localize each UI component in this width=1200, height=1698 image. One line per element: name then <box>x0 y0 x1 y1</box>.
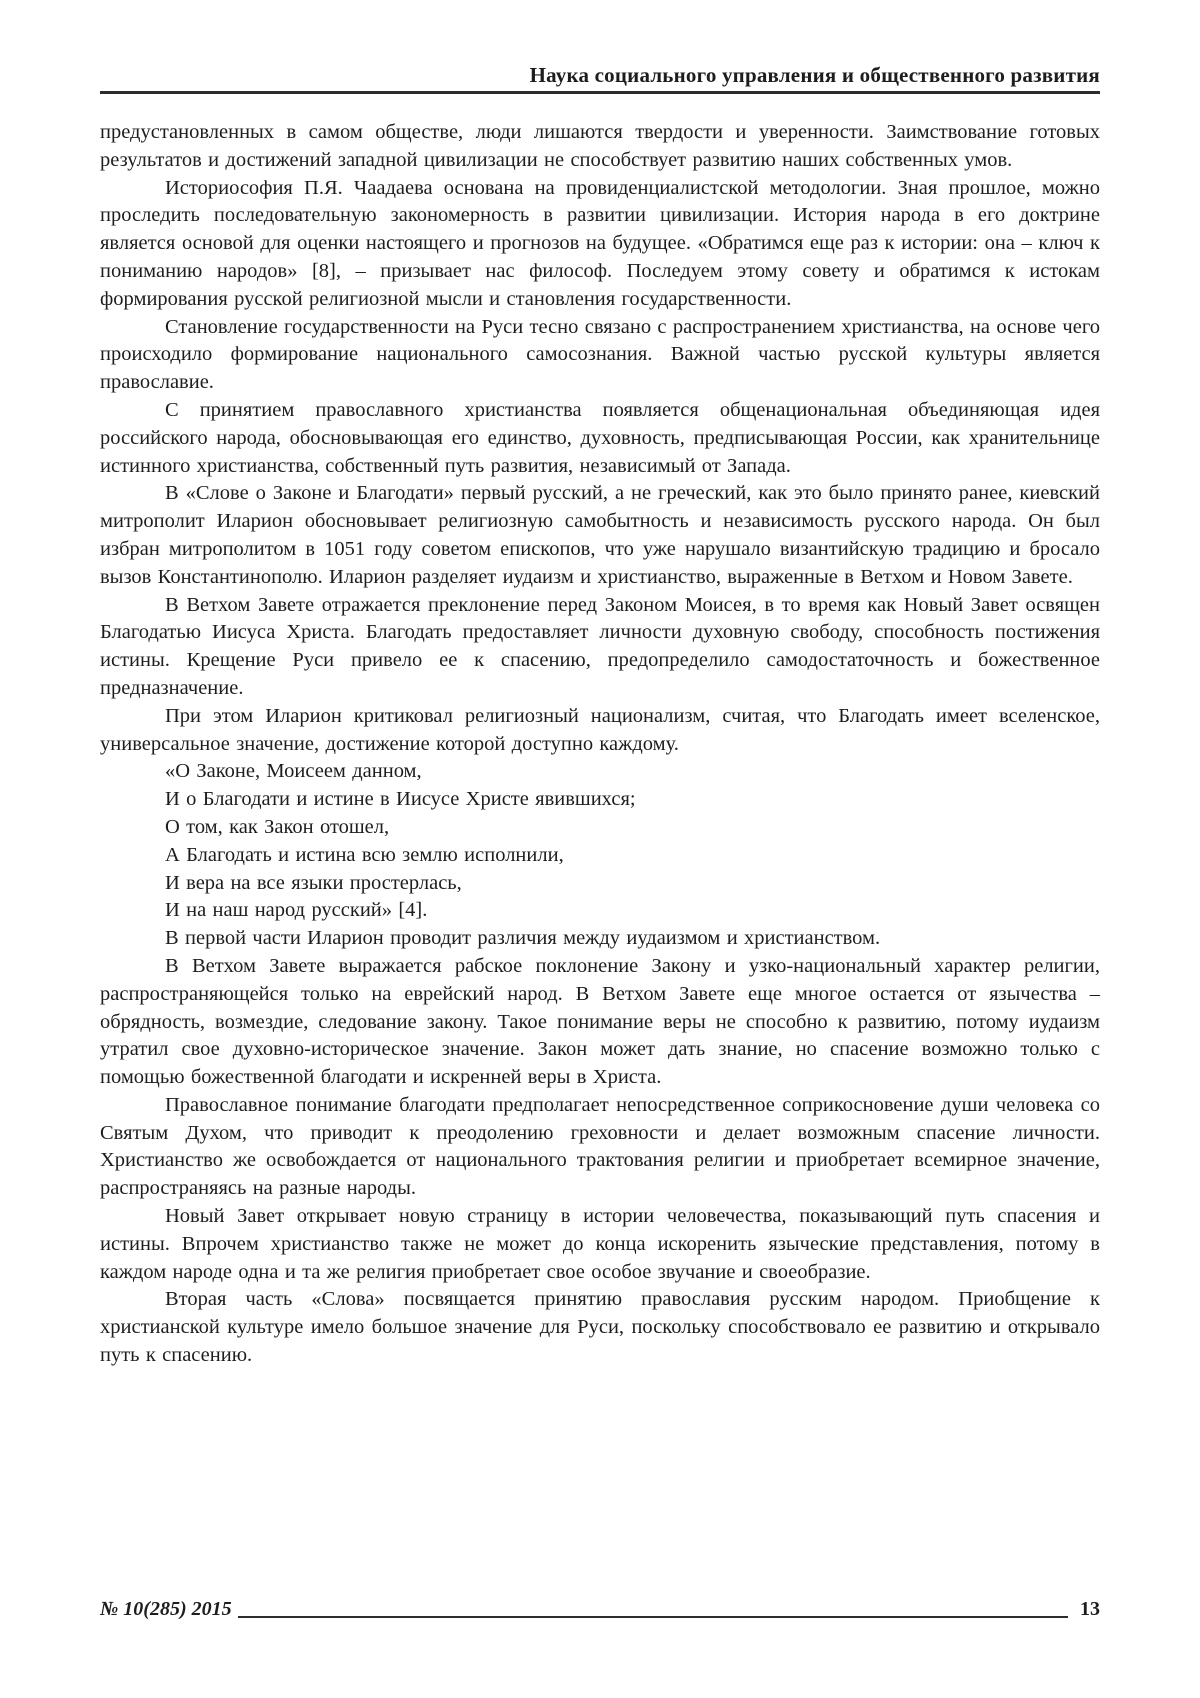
page-footer: № 10(285) 2015 13 <box>100 1596 1100 1622</box>
paragraph: В «Слове о Законе и Благодати» первый ру… <box>100 480 1100 591</box>
paragraph: Историософия П.Я. Чаадаева основана на п… <box>100 175 1100 314</box>
verse-line: И на наш народ русский» [4]. <box>100 897 1100 925</box>
verse-line: О том, как Закон отошел, <box>100 814 1100 842</box>
document-page: Наука социального управления и обществен… <box>0 0 1200 1698</box>
verse-line: «О Законе, Моисеем данном, <box>100 758 1100 786</box>
page-number: 13 <box>1080 1596 1100 1622</box>
paragraph: С принятием православного христианства п… <box>100 397 1100 480</box>
page-body: предустановленных в самом обществе, люди… <box>100 119 1100 1370</box>
issue-label: № 10(285) 2015 <box>100 1596 232 1622</box>
paragraph: предустановленных в самом обществе, люди… <box>100 119 1100 175</box>
verse-line: А Благодать и истина всю землю исполнили… <box>100 842 1100 870</box>
paragraph: Вторая часть «Слова» посвящается приняти… <box>100 1286 1100 1369</box>
paragraph: При этом Иларион критиковал религиозный … <box>100 703 1100 759</box>
footer-rule <box>238 1616 1068 1618</box>
paragraph: В первой части Иларион проводит различия… <box>100 925 1100 953</box>
paragraph: Новый Завет открывает новую страницу в и… <box>100 1203 1100 1286</box>
paragraph: В Ветхом Завете выражается рабское покло… <box>100 953 1100 1092</box>
page-header: Наука социального управления и обществен… <box>100 62 1100 94</box>
running-head-title: Наука социального управления и обществен… <box>100 62 1100 88</box>
verse-line: И о Благодати и истине в Иисусе Христе я… <box>100 786 1100 814</box>
paragraph: В Ветхом Завете отражается преклонение п… <box>100 592 1100 703</box>
verse-line: И вера на все языки простерлась, <box>100 870 1100 898</box>
paragraph: Православное понимание благодати предпол… <box>100 1092 1100 1203</box>
paragraph: Становление государственности на Руси те… <box>100 314 1100 397</box>
